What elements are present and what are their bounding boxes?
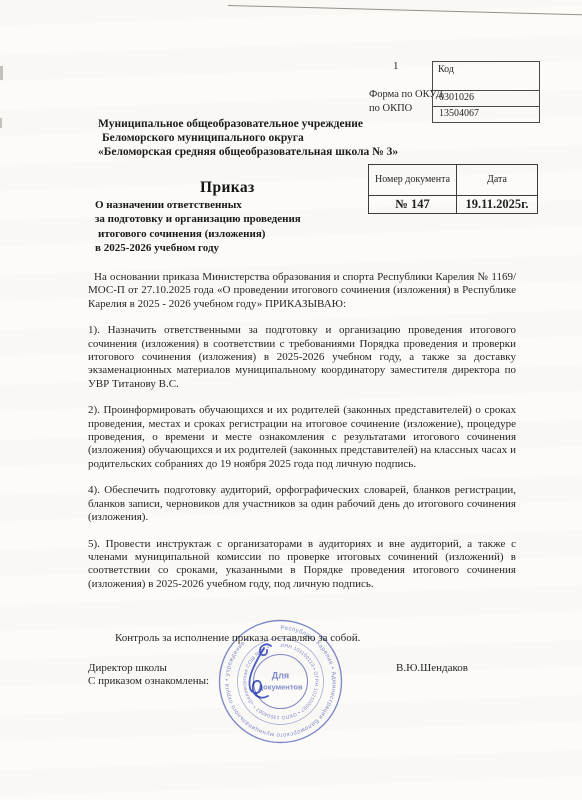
handwritten-signature (233, 640, 285, 706)
scan-edge-mark (0, 66, 3, 80)
page-number: 1 (393, 60, 399, 72)
subject-line3: итогового сочинения (изложения) (95, 227, 415, 241)
scan-edge-mark (0, 118, 2, 128)
signature-stroke (249, 644, 271, 697)
order-title: Приказ (200, 179, 255, 197)
form-codes-table: Код 0301026 13504067 (432, 61, 540, 123)
subject-line4: в 2025-2026 учебном году (95, 241, 415, 255)
subject-line1: О назначении ответственных (95, 198, 415, 212)
subject-line2: за подготовку и организацию проведения (95, 212, 415, 226)
order-subject: О назначении ответственных за подготовку… (95, 198, 415, 256)
order-item-5: 5). Провести инструктаж с организаторами… (88, 538, 516, 592)
organization-header: Муниципальное общеобразовательное учрежд… (98, 118, 458, 159)
okud-value-cell: 0301026 (433, 90, 539, 106)
date-header-cell: Дата (457, 165, 538, 196)
organization-line3: «Беломорская средняя общеобразовательная… (98, 146, 458, 160)
code-header-cell: Код (433, 62, 539, 90)
organization-line2: Беломорского муниципального округа (98, 132, 458, 146)
order-intro-paragraph: На основании приказа Министерства образо… (88, 271, 516, 311)
signatory-name: В.Ю.Шендаков (396, 662, 468, 675)
organization-line1: Муниципальное общеобразовательное учрежд… (98, 118, 458, 132)
scanned-order-document: 1 Форма по ОКУД по ОКПО Код 0301026 1350… (0, 0, 582, 800)
order-item-1: 1). Назначить ответственными за подготов… (88, 324, 516, 391)
scan-artifact-line (228, 5, 582, 15)
order-item-4: 4). Обеспечить подготовку аудиторий, орф… (88, 484, 516, 524)
signatory-role: Директор школы (88, 662, 167, 675)
date-value-cell: 19.11.2025г. (457, 196, 538, 214)
order-item-2: 2). Проинформировать обучающихся и их ро… (88, 404, 516, 471)
number-header-cell: Номер документа (369, 165, 457, 196)
